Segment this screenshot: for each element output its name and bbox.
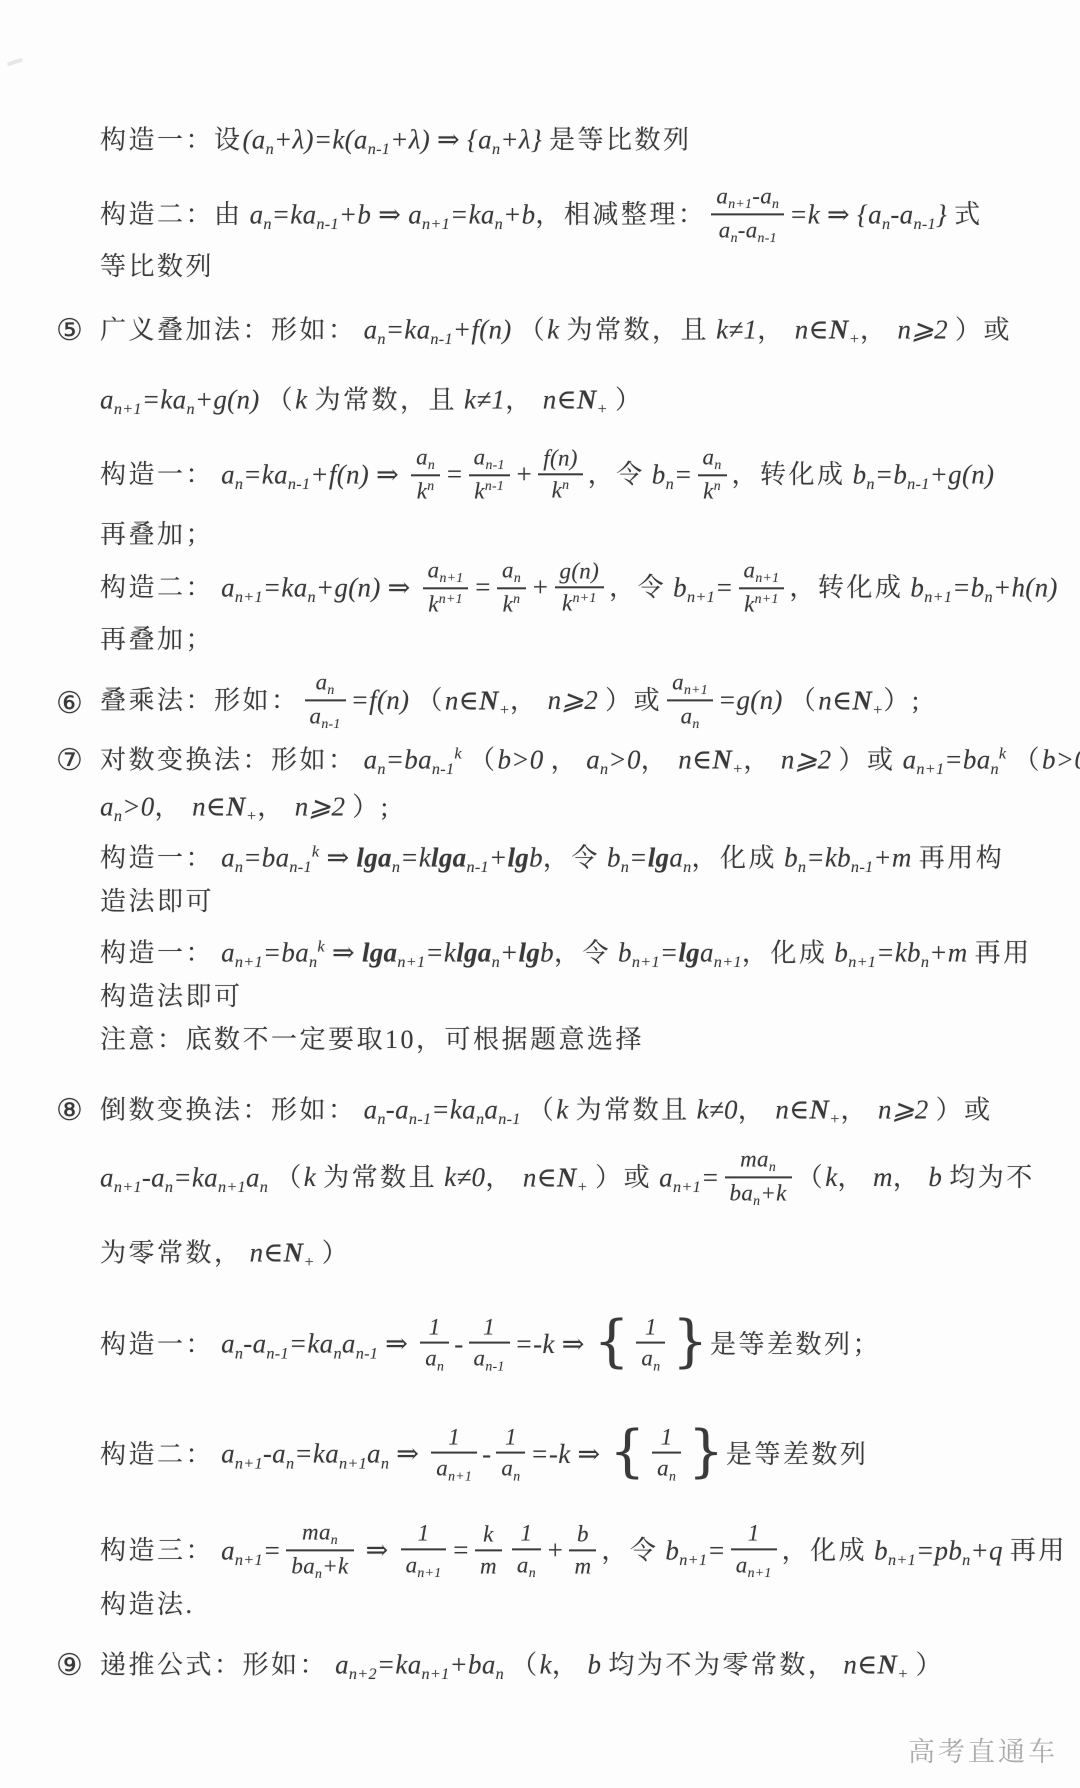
text-run: ，转化成	[789, 573, 903, 602]
math-run: m	[866, 1162, 893, 1192]
formula-line-construction-3: 构造三： an+1=manban+k ⇒ 1an+1=km1an+bm，令 bn…	[100, 1522, 1067, 1583]
text-run: ）;	[883, 686, 921, 715]
math-run: +	[531, 572, 550, 602]
text-run: （	[469, 745, 498, 774]
formula-line-continuation: 再叠加；	[100, 623, 214, 657]
text-run: 均为不为零常数，	[608, 1650, 836, 1679]
fraction: an-1kn-1	[469, 444, 510, 503]
section-6-multiplication-method: ⑥叠乘法：形如：anan-1=f(n) （n∈N+， n⩾2 ）或an+1an=…	[100, 672, 922, 733]
text-run: 构造三：	[100, 1536, 214, 1565]
fraction: g(n)kn+1	[555, 558, 605, 616]
fraction: km	[475, 1521, 502, 1579]
text-run: 再叠加；	[100, 625, 214, 654]
math-run: bn+1=bn+h(n)	[903, 572, 1057, 602]
text-run: （	[416, 686, 445, 715]
curly-brace: {	[594, 1310, 630, 1375]
formula-line-construction-1: 构造一： an=ban-1k ⇒ lgan=klgan-1+lgb，令 bn=l…	[100, 840, 1004, 875]
note-line: 注意：底数不一定要取10，可根据题意选择	[100, 1023, 644, 1057]
math-run: +	[546, 1535, 565, 1565]
formula-line-continuation: 造法即可	[100, 885, 214, 919]
formula-line-continuation: an+1=kan+g(n) （k 为常数，且 k≠1， n∈N+ ）	[100, 382, 643, 417]
math-run: n∈N+	[678, 744, 743, 774]
math-run: an+1=kan+g(n) ⇒	[214, 572, 418, 602]
formula-line-construction-2: 构造二：由 an=kan-1+b ⇒ an+1=kan+b，相减整理：an+1-…	[100, 186, 983, 247]
math-run: an+1=bank	[896, 744, 1014, 774]
text-run: ）	[322, 1238, 351, 1267]
math-run: an=kan-1+f(n)	[357, 314, 519, 344]
text-run: ，化成	[782, 1536, 868, 1565]
text-run: ，	[860, 315, 898, 344]
math-run: an>0	[100, 791, 155, 821]
text-run: ，	[551, 745, 580, 774]
math-run: an+1=	[652, 1162, 719, 1192]
text-run: ）或	[955, 315, 1012, 344]
math-run: bn+1=lgan+1	[611, 937, 742, 967]
math-run: b>0	[497, 744, 550, 774]
math-run: n∈N+	[243, 1237, 322, 1267]
math-run: n∈N+	[523, 1162, 595, 1192]
text-run: ，	[505, 385, 543, 414]
item-number-icon: ⑦	[56, 741, 83, 780]
math-run: (an+λ)=k(an-1+λ) ⇒ {an+λ}	[243, 124, 550, 154]
math-run: k	[295, 384, 314, 414]
text-run: 再叠加；	[100, 520, 214, 549]
text-run: ）或	[936, 1095, 993, 1124]
text-run: ）或	[595, 1163, 652, 1192]
formula-line-continuation: 构造法.	[100, 1588, 195, 1622]
math-run: bn+1=pbn+q	[867, 1535, 1010, 1565]
math-run: =	[451, 1535, 470, 1565]
text-run: 构造法即可	[100, 982, 243, 1011]
text-run: 为常数且	[323, 1163, 437, 1192]
math-run: =k ⇒ {an-an-1}	[789, 199, 954, 229]
math-run: n∈N+	[775, 1094, 840, 1124]
math-run: =g(n)	[718, 685, 790, 715]
fraction: an+1kn+1	[423, 557, 469, 616]
fraction: ankn	[411, 444, 440, 503]
text-run: 构造一：设	[100, 125, 243, 154]
fraction: manban+k	[725, 1146, 792, 1207]
math-run: an=ban-1k	[357, 744, 469, 774]
math-run: k	[825, 1162, 837, 1192]
math-run: n∈N+	[192, 791, 257, 821]
fraction: 1an	[512, 1520, 541, 1579]
text-run: 再用	[975, 938, 1032, 967]
math-run: k	[304, 1162, 323, 1192]
formula-line-continuation: 等比数列	[100, 250, 214, 284]
item-number-icon: ⑧	[56, 1091, 83, 1130]
text-run: ，令	[588, 460, 645, 489]
text-run: 构造二：由	[100, 200, 243, 229]
text-run: 构造一：	[100, 1330, 214, 1359]
math-run: ⇒	[359, 1535, 396, 1565]
text-run: 为常数且	[576, 1095, 690, 1124]
math-run: an+1=	[214, 1535, 281, 1565]
formula-line-continuation: 为零常数， n∈N+ ）	[100, 1235, 350, 1270]
math-run: bn=lgan	[600, 842, 692, 872]
text-run: ，	[837, 1163, 866, 1192]
section-7-logarithm-transform: ⑦对数变换法：形如： an=ban-1k （b>0 ， an>0， n∈N+， …	[100, 742, 1080, 777]
formula-line-construction-2: 构造二： an+1=kan+g(n) ⇒ an+1kn+1=ankn+g(n)k…	[100, 560, 1058, 619]
text-run: ，	[552, 1650, 581, 1679]
math-run: =f(n)	[351, 685, 417, 715]
text-run: （	[1013, 745, 1042, 774]
math-run: an=kan-1+f(n) ⇒	[214, 459, 406, 489]
math-run: an-an-1=kanan-1	[357, 1094, 528, 1124]
math-run: n⩾2	[897, 314, 955, 344]
fraction: bm	[569, 1521, 596, 1579]
math-run: n∈N+	[836, 1649, 915, 1679]
text-run: 造法即可	[100, 887, 214, 916]
math-run: =-k ⇒	[515, 1329, 592, 1359]
math-run: -	[454, 1329, 463, 1359]
math-run: bn+1=	[658, 1535, 725, 1565]
math-run: n∈N+	[818, 685, 883, 715]
formula-line-continuation: 再叠加；	[100, 518, 214, 552]
text-run: ）;	[352, 792, 390, 821]
fraction: ankn	[698, 444, 727, 503]
text-run: 构造一：	[100, 460, 214, 489]
fraction: 1an+1	[431, 1424, 477, 1483]
math-run: bn+1=	[666, 572, 733, 602]
text-run: ，	[641, 745, 679, 774]
text-run: 再用	[1010, 1536, 1067, 1565]
math-run: =-k ⇒	[530, 1439, 607, 1469]
fraction: 1an	[636, 1314, 665, 1373]
text-run: ，	[738, 1095, 776, 1124]
math-run: -	[482, 1439, 491, 1469]
math-run: an>0	[579, 744, 641, 774]
section-5-generalized-addition: ⑤广义叠加法：形如： an=kan-1+f(n) （k 为常数，且 k≠1， n…	[100, 312, 1012, 347]
text-run: ，	[257, 792, 295, 821]
text-run: 为常数，且	[314, 385, 457, 414]
math-run: n⩾2	[548, 685, 606, 715]
math-run: an-an-1=kanan-1 ⇒	[214, 1329, 415, 1359]
text-run: 倒数变换法：形如：	[100, 1095, 357, 1124]
fraction: 1an+1	[401, 1520, 447, 1579]
formula-line-construction-1: 构造一： an=kan-1+f(n) ⇒ ankn=an-1kn-1+f(n)k…	[100, 447, 994, 506]
text-run: 均为不	[949, 1163, 1035, 1192]
math-run: k≠0	[690, 1094, 738, 1124]
text-run: ，	[510, 686, 548, 715]
formula-line-continuation: an+1-an=kan+1an （k 为常数且 k≠0， n∈N+ ）或 an+…	[100, 1149, 1035, 1210]
fraction: f(n)kn	[538, 445, 582, 503]
text-run: 构造法.	[100, 1590, 195, 1619]
text-run: ，令	[601, 1536, 658, 1565]
text-run: 注意：底数不一定要取10，可根据题意选择	[100, 1025, 644, 1054]
math-run: an=ban-1k ⇒ lgan=klgan-1+lgb	[214, 842, 543, 872]
section-9-recurrence-formula: ⑨递推公式：形如： an+2=kan+1+ban （k， b 均为不为零常数， …	[100, 1647, 944, 1682]
math-run: =	[473, 572, 492, 602]
fraction: an+1an	[667, 669, 713, 730]
fraction: anan-1	[305, 669, 346, 730]
text-run: 为零常数，	[100, 1238, 243, 1267]
math-run: +	[515, 459, 534, 489]
math-run: b>0	[1042, 744, 1080, 774]
math-run: n⩾2	[295, 791, 353, 821]
formula-line-continuation: an>0， n∈N+， n⩾2 ）;	[100, 789, 391, 824]
text-run: （	[797, 1163, 826, 1192]
text-run: 是等比数列	[549, 125, 692, 154]
text-run: （	[511, 1650, 540, 1679]
text-run: 构造一：	[100, 938, 214, 967]
formula-line-construction-1b: 构造一： an+1=bank ⇒ lgan+1=klgan+lgb，令 bn+1…	[100, 935, 1032, 970]
text-run: 构造一：	[100, 843, 214, 872]
document-page: 构造一：设(an+λ)=k(an-1+λ) ⇒ {an+λ} 是等比数列 构造二…	[0, 0, 1080, 1788]
text-run: ，	[485, 1163, 523, 1192]
text-run: 递推公式：形如：	[100, 1650, 328, 1679]
fraction: 1an	[420, 1314, 449, 1373]
text-run: ，化成	[692, 843, 778, 872]
math-run: bn=kbn-1+m	[777, 842, 919, 872]
math-run: k≠1	[457, 384, 505, 414]
item-number-icon: ⑤	[56, 311, 83, 350]
text-run: 是等差数列	[726, 1440, 869, 1469]
math-run: an+1-an=kan+1an	[100, 1162, 275, 1192]
text-run: ，	[893, 1163, 922, 1192]
text-run: ，相减整理：	[535, 200, 706, 229]
text-run: （	[275, 1163, 304, 1192]
curly-brace: {	[610, 1420, 646, 1485]
fraction: 1an+1	[731, 1520, 777, 1579]
text-run: （	[267, 385, 296, 414]
watermark: 高考直通车	[908, 1730, 1058, 1769]
math-run: k	[556, 1094, 575, 1124]
math-run: k≠1	[709, 314, 757, 344]
text-run: ）或	[605, 686, 662, 715]
text-run: 为常数，且	[567, 315, 710, 344]
text-run: 是等差数列；	[710, 1330, 881, 1359]
text-run: ，	[155, 792, 193, 821]
math-run: an+2=kan+1+ban	[328, 1649, 511, 1679]
math-run: b	[921, 1162, 949, 1192]
formula-line-continuation: 构造法即可	[100, 980, 243, 1014]
math-run: bn+1=kbn+m	[827, 937, 974, 967]
text-run: 等比数列	[100, 252, 214, 281]
fraction: an+1kn+1	[739, 557, 785, 616]
text-run: （	[790, 686, 819, 715]
fraction: 1an	[652, 1424, 681, 1483]
text-run: 叠乘法：形如：	[100, 686, 300, 715]
math-run: b	[580, 1649, 608, 1679]
math-run: n∈N+	[543, 384, 615, 414]
section-8-reciprocal-transform: ⑧倒数变换法：形如： an-an-1=kanan-1 （k 为常数且 k≠0， …	[100, 1092, 993, 1127]
text-run: 构造二：	[100, 1440, 214, 1469]
text-run: ，	[743, 745, 781, 774]
math-run: bn=	[645, 459, 693, 489]
fraction: an+1-anan-an-1	[711, 183, 784, 244]
math-run: n∈N+	[795, 314, 860, 344]
item-number-icon: ⑨	[56, 1646, 83, 1685]
item-number-icon: ⑥	[56, 684, 83, 723]
math-run: n⩾2	[781, 744, 839, 774]
math-run: k	[547, 314, 566, 344]
math-run: an=kan-1+b ⇒ an+1=kan+b	[243, 199, 536, 229]
math-run: k	[540, 1649, 552, 1679]
formula-line-construction-1: 构造一：设(an+λ)=k(an-1+λ) ⇒ {an+λ} 是等比数列	[100, 122, 692, 157]
curly-brace: }	[672, 1310, 708, 1375]
fraction: manban+k	[286, 1519, 353, 1580]
text-run: ，令	[554, 938, 611, 967]
math-run: n⩾2	[878, 1094, 936, 1124]
text-run: ，令	[543, 843, 600, 872]
text-run: ）	[615, 385, 644, 414]
scan-smudge	[7, 58, 23, 67]
math-run: =	[445, 459, 464, 489]
text-run: 广义叠加法：形如：	[100, 315, 357, 344]
fraction: 1an	[496, 1424, 525, 1483]
text-run: ）或	[839, 745, 896, 774]
math-run: an+1-an=kan+1an ⇒	[214, 1439, 426, 1469]
text-run: （	[519, 315, 548, 344]
formula-line-construction-1: 构造一： an-an-1=kanan-1 ⇒ 1an-1an-1=-k ⇒ {1…	[100, 1311, 881, 1384]
text-run: 构造二：	[100, 573, 214, 602]
math-run: an+1=bank ⇒ lgan+1=klgan+lgb	[214, 937, 554, 967]
math-run: k≠0	[437, 1162, 485, 1192]
text-run: 式	[954, 200, 983, 229]
text-run: ，	[841, 1095, 879, 1124]
text-run: 再用构	[919, 843, 1005, 872]
text-run: 对数变换法：形如：	[100, 745, 357, 774]
formula-line-construction-2: 构造二： an+1-an=kan+1an ⇒ 1an+1-1an=-k ⇒ {1…	[100, 1421, 868, 1494]
text-run: ，令	[609, 573, 666, 602]
text-run: （	[528, 1095, 557, 1124]
text-run: ，化成	[742, 938, 828, 967]
math-run: bn=bn-1+g(n)	[846, 459, 995, 489]
math-run: n∈N+	[445, 685, 510, 715]
text-run: ）	[916, 1650, 945, 1679]
curly-brace: }	[688, 1420, 724, 1485]
text-run: ，转化成	[732, 460, 846, 489]
fraction: 1an-1	[469, 1314, 510, 1373]
math-run: an+1=kan+g(n)	[100, 384, 267, 414]
text-run: ，	[757, 315, 795, 344]
fraction: ankn	[497, 557, 526, 616]
